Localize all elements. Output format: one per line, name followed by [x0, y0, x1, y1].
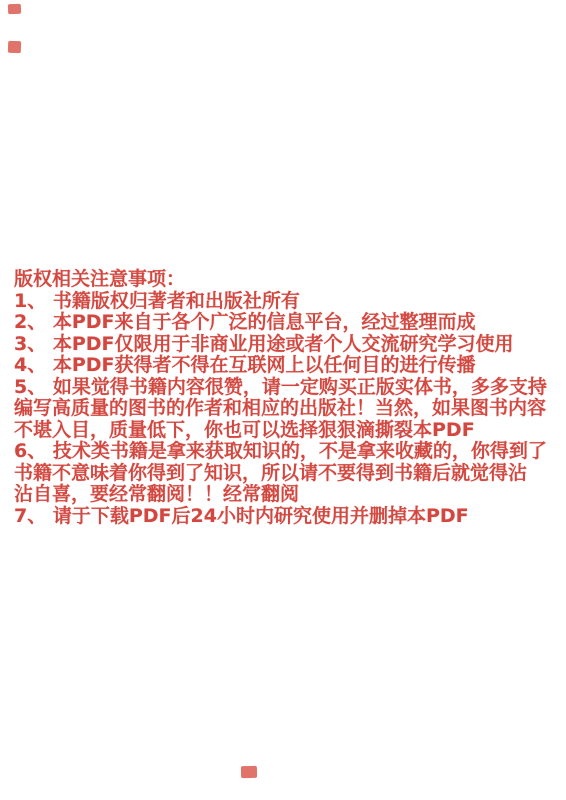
notice-line-6-cont-2: 沾自喜，要经常翻阅！！经常翻阅 [14, 484, 566, 506]
notice-line-1: 1、 书籍版权归著者和出版社所有 [14, 291, 566, 313]
notice-line-6: 6、 技术类书籍是拿来获取知识的，不是拿来收藏的，你得到了 [14, 441, 566, 463]
notice-line-5-cont-1: 编写高质量的图书的作者和相应的出版社！当然，如果图书内容 [14, 398, 566, 420]
red-ink-mark-icon [8, 4, 21, 14]
notice-line-2: 2、 本PDF来自于各个广泛的信息平台，经过整理而成 [14, 312, 566, 334]
red-ink-mark-icon [241, 766, 257, 778]
notice-line-6-cont-1: 书籍不意味着你得到了知识，所以请不要得到书籍后就觉得沾 [14, 463, 566, 485]
notice-line-4: 4、 本PDF获得者不得在互联网上以任何目的进行传播 [14, 355, 566, 377]
red-ink-mark-icon [8, 41, 21, 53]
copyright-notice-block: 版权相关注意事项： 1、 书籍版权归著者和出版社所有 2、 本PDF来自于各个广… [14, 269, 566, 527]
notice-line-7: 7、 请于下载PDF后24小时内研究使用并删掉本PDF [14, 506, 566, 528]
notice-line-3: 3、 本PDF仅限用于非商业用途或者个人交流研究学习使用 [14, 334, 566, 356]
notice-line-5: 5、 如果觉得书籍内容很赞，请一定购买正版实体书，多多支持 [14, 377, 566, 399]
scanned-document-page: 版权相关注意事项： 1、 书籍版权归著者和出版社所有 2、 本PDF来自于各个广… [0, 0, 566, 800]
notice-heading: 版权相关注意事项： [14, 269, 566, 291]
notice-line-5-cont-2: 不堪入目，质量低下，你也可以选择狠狠滴撕裂本PDF [14, 420, 566, 442]
